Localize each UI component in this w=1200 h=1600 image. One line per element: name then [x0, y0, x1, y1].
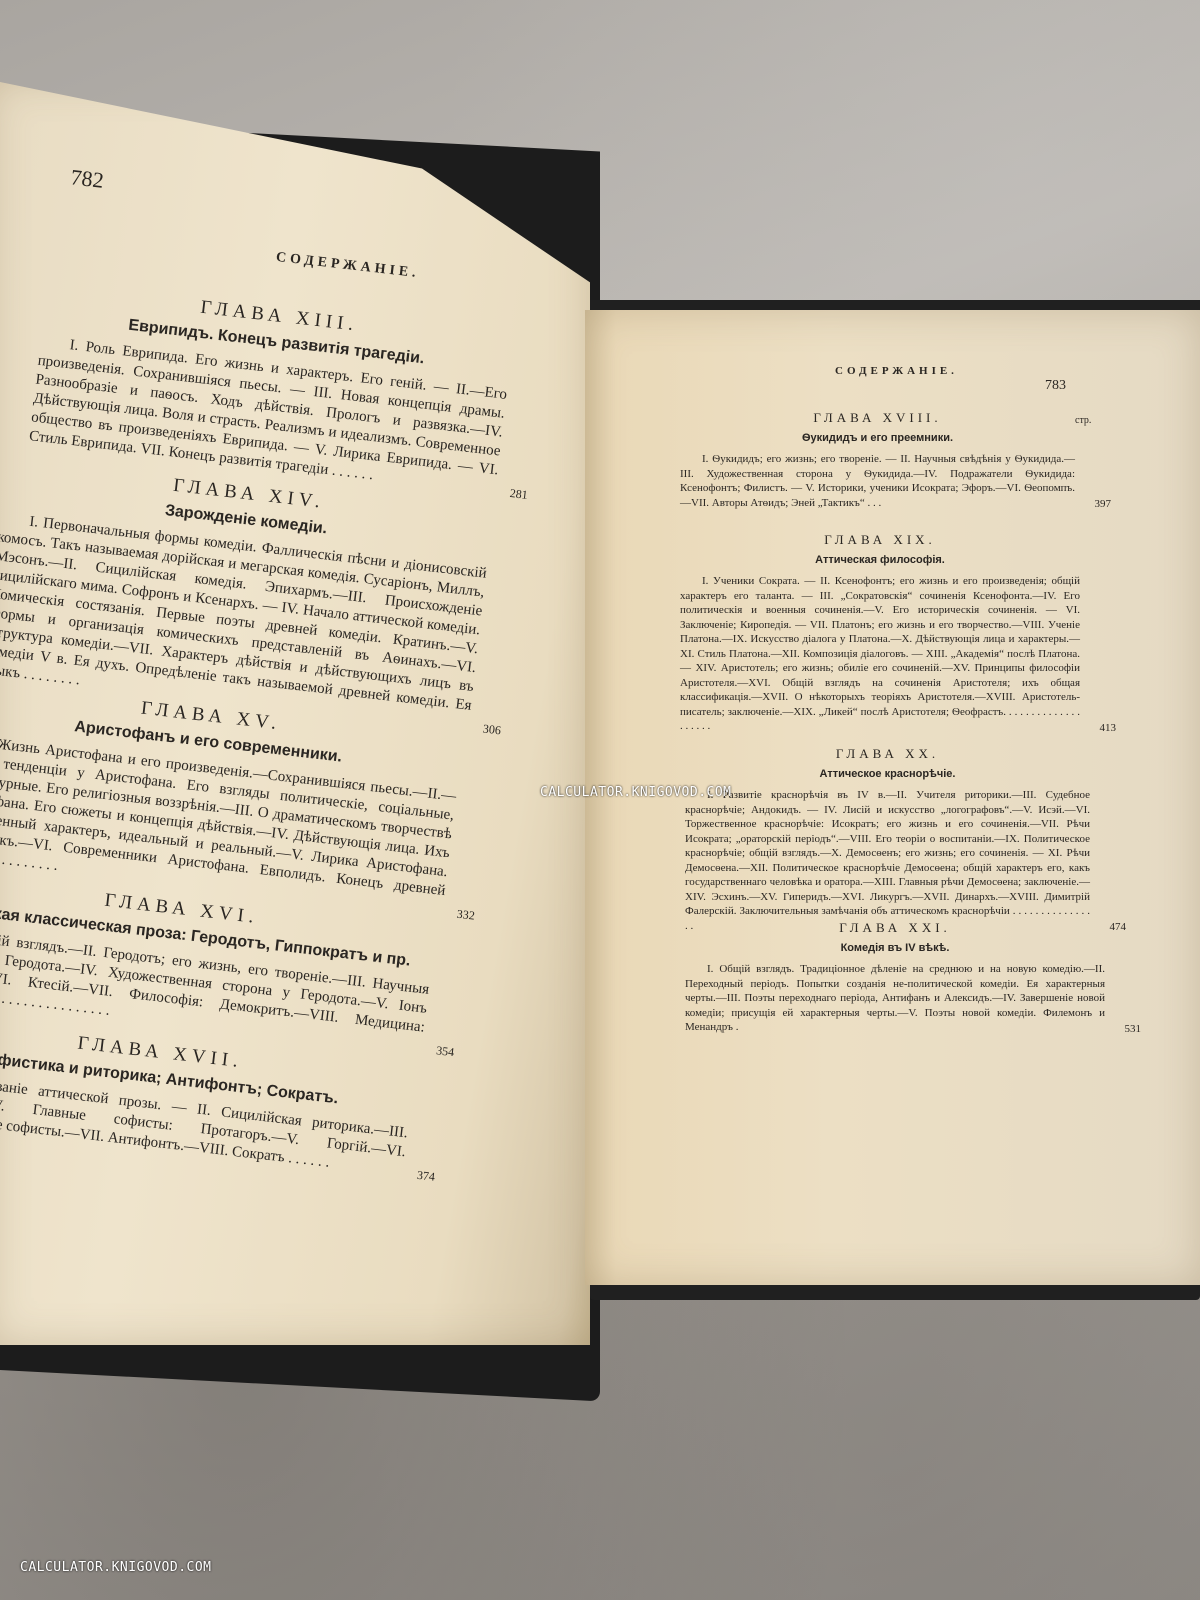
chapter-page-ref: 374 [416, 1168, 436, 1185]
chapter-summary: I. Развитіе краснорѣчія въ IV в.—II. Учи… [685, 788, 1090, 933]
chapter-summary: I. Ѳукидидъ; его жизнь; его твореніе. — … [680, 452, 1075, 510]
chapter-xix: ГЛАВА XIX. Аттическая философія. I. Учен… [680, 532, 1080, 734]
chapter-xx: ГЛАВА XX. Аттическое краснорѣчіе. I. Раз… [685, 746, 1090, 933]
chapter-label: ГЛАВА XXI. [685, 920, 1105, 936]
running-head-right: СОДЕРЖАНІЕ. [835, 365, 958, 377]
chapter-summary: I. Ученики Сократа. — II. Ксенофонтъ; ег… [680, 574, 1080, 734]
chapter-xviii: ГЛАВА XVIII. Ѳукидидъ и его преемники. I… [680, 410, 1075, 510]
chapter-title: Аттическое краснорѣчіе. [685, 768, 1090, 780]
chapter-page-ref: 531 [1125, 1023, 1142, 1035]
chapter-label: ГЛАВА XIX. [680, 532, 1080, 548]
watermark-center: CALCULATOR.KNIGOVOD.COM [540, 785, 732, 800]
chapter-label: ГЛАВА XX. [685, 746, 1090, 762]
running-head-left: СОДЕРЖАНІЕ. [275, 250, 420, 282]
chapter-title: Ѳукидидъ и его преемники. [680, 432, 1075, 444]
chapter-page-ref: 397 [1095, 498, 1112, 510]
chapter-page-ref: 306 [482, 721, 502, 738]
chapter-page-ref: 354 [435, 1043, 455, 1060]
chapter-page-ref: 332 [456, 907, 476, 924]
chapter-page-ref: 281 [509, 486, 529, 503]
chapter-xxi: ГЛАВА XXI. Комедія въ IV вѣкѣ. I. Общій … [685, 920, 1105, 1035]
chapter-page-ref: 474 [1110, 921, 1127, 933]
watermark-bottom-left: CALCULATOR.KNIGOVOD.COM [20, 1560, 212, 1575]
chapter-label: ГЛАВА XVIII. [680, 410, 1075, 426]
left-page: 782 СОДЕРЖАНІЕ. ГЛАВА XIII. Еврипидъ. Ко… [0, 80, 590, 1345]
chapter-title: Аттическая философія. [680, 554, 1080, 566]
page-number-left: 782 [69, 164, 105, 194]
chapter-page-ref: 413 [1100, 722, 1117, 734]
chapter-title: Комедія въ IV вѣкѣ. [685, 942, 1105, 954]
page-number-right: 783 [1045, 378, 1066, 394]
chapter-summary: I. Общій взглядъ. Традиціонное дѣленіе н… [685, 962, 1105, 1035]
page-column-label: стр. [1075, 415, 1091, 426]
